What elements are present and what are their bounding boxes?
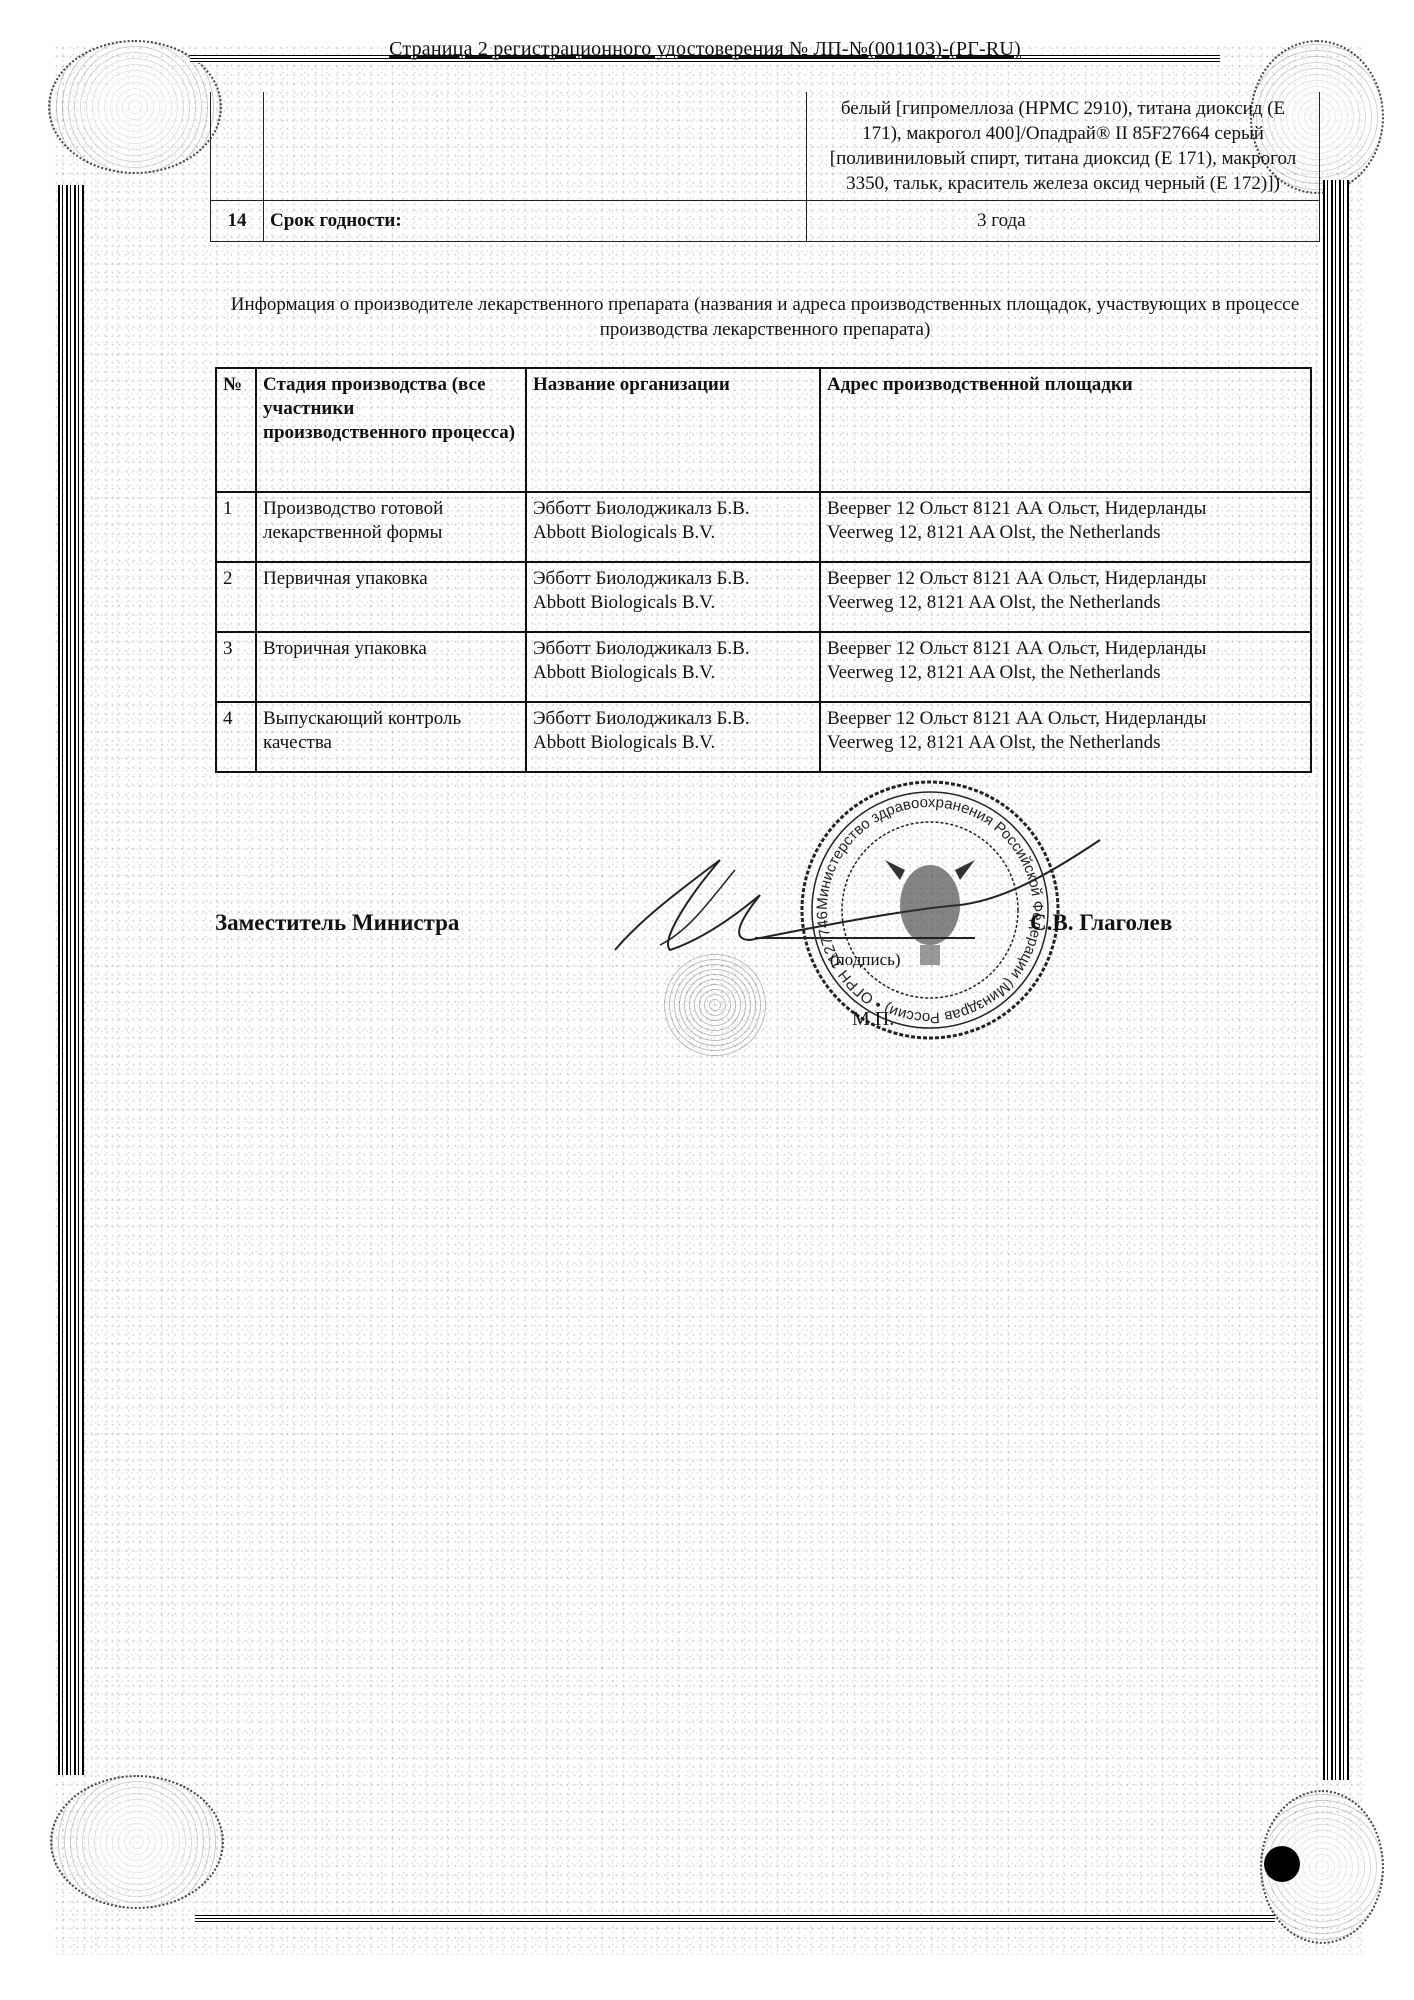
signature-caption: (подпись) xyxy=(830,950,901,970)
registration-table-continued: белый [гипромеллоза (HPMC 2910), титана … xyxy=(210,92,1320,242)
column-header-stage: Стадия производства (все участники произ… xyxy=(256,368,526,492)
security-border-bottom xyxy=(195,1915,1275,1923)
column-header-number: № xyxy=(216,368,256,492)
column-header-address: Адрес производственной площадки xyxy=(820,368,1311,492)
table-row: 4Выпускающий контроль качестваЭбботт Био… xyxy=(216,702,1311,772)
site-address: Веервег 12 Ольст 8121 АА Ольст, Нидерлан… xyxy=(820,632,1311,702)
signer-position: Заместитель Министра xyxy=(215,910,459,936)
manufacturer-info-caption: Информация о производителе лекарственног… xyxy=(210,292,1320,342)
corner-ornament xyxy=(50,1775,224,1909)
shelf-life-label: Срок годности: xyxy=(264,201,807,242)
row-number: 1 xyxy=(216,492,256,562)
composition-continuation: белый [гипромеллоза (HPMC 2910), титана … xyxy=(807,92,1320,201)
row-number: 3 xyxy=(216,632,256,702)
row-number: 14 xyxy=(211,201,264,242)
organization-name: Эбботт Биолоджикалз Б.В.Abbott Biologica… xyxy=(526,562,820,632)
row-number: 2 xyxy=(216,562,256,632)
official-stamp: Министерство здравоохранения Российской … xyxy=(795,775,1065,1045)
page-header: Страница 2 регистрационного удостоверени… xyxy=(190,38,1220,61)
signature-line xyxy=(755,937,975,939)
site-address: Веервег 12 Ольст 8121 АА Ольст, Нидерлан… xyxy=(820,702,1311,772)
row-number: 4 xyxy=(216,702,256,772)
production-stage: Первичная упаковка xyxy=(256,562,526,632)
table-row: 3Вторичная упаковкаЭбботт Биолоджикалз Б… xyxy=(216,632,1311,702)
table-row: 1Производство готовой лекарственной форм… xyxy=(216,492,1311,562)
seal-label: М.П. xyxy=(852,1008,894,1031)
black-dot-mark xyxy=(1264,1846,1300,1882)
shelf-life-row: 14 Срок годности: 3 года xyxy=(211,201,1320,242)
table-row: 2Первичная упаковкаЭбботт Биолоджикалз Б… xyxy=(216,562,1311,632)
security-border-left xyxy=(58,185,84,1775)
hologram-mark xyxy=(660,950,770,1060)
production-stage: Производство готовой лекарственной формы xyxy=(256,492,526,562)
organization-name: Эбботт Биолоджикалз Б.В.Abbott Biologica… xyxy=(526,702,820,772)
organization-name: Эбботт Биолоджикалз Б.В.Abbott Biologica… xyxy=(526,632,820,702)
shelf-life-value: 3 года xyxy=(807,201,1320,242)
signer-name: С.В. Глаголев xyxy=(1030,910,1172,936)
security-border-right xyxy=(1323,180,1349,1780)
site-address: Веервег 12 Ольст 8121 АА Ольст, Нидерлан… xyxy=(820,562,1311,632)
production-stage: Выпускающий контроль качества xyxy=(256,702,526,772)
site-address: Веервег 12 Ольст 8121 АА Ольст, Нидерлан… xyxy=(820,492,1311,562)
column-header-organization: Название организации xyxy=(526,368,820,492)
organization-name: Эбботт Биолоджикалз Б.В.Abbott Biologica… xyxy=(526,492,820,562)
manufacturer-table: № Стадия производства (все участники про… xyxy=(215,367,1312,773)
production-stage: Вторичная упаковка xyxy=(256,632,526,702)
